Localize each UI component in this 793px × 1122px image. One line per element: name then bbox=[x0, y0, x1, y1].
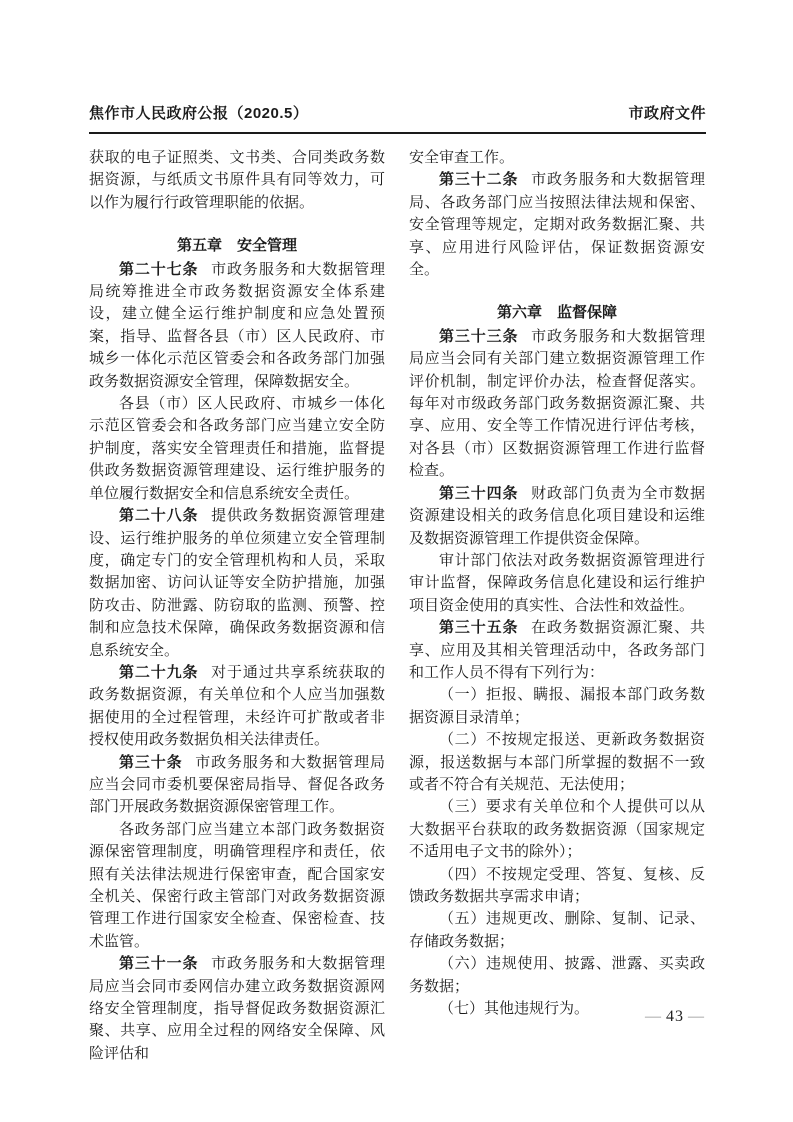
article-number: 第三十二条 bbox=[439, 171, 518, 188]
article-number: 第三十四条 bbox=[439, 485, 518, 502]
paragraph: 各县（市）区人民政府、市城乡一体化示范区管委会和各政务部门应当建立安全防护制度，… bbox=[89, 393, 385, 505]
article-number: 第三十五条 bbox=[439, 619, 518, 636]
paragraph-text: 市政务服务和大数据管理局应当会同市委网信办建立政务数据资源网络安全管理制度，指导… bbox=[89, 956, 385, 1062]
page-number-dash-left: — bbox=[645, 1008, 662, 1025]
paragraph: 第三十一条市政务服务和大数据管理局应当会同市委网信办建立政务数据资源网络安全管理… bbox=[89, 953, 385, 1065]
paragraph: 第三十三条市政务服务和大数据管理局应当会同有关部门建立数据资源管理工作评价机制，… bbox=[409, 326, 705, 483]
article-number: 第三十条 bbox=[119, 754, 183, 771]
page-footer: —43— bbox=[645, 1008, 705, 1026]
article-number: 第二十九条 bbox=[119, 664, 198, 681]
paragraph-text: 市政务服务和大数据管理局应当会同有关部门建立数据资源管理工作评价机制，制定评价办… bbox=[409, 329, 705, 479]
left-column: 获取的电子证照类、文书类、合同类政务数据资源，与纸质文书原件具有同等效力，可以作… bbox=[89, 147, 385, 1065]
paragraph-text: （七）其他违规行为。 bbox=[439, 1001, 589, 1017]
paragraph: 第二十九条对于通过共享系统获取的政务数据资源，有关单位和个人应当加强数据使用的全… bbox=[89, 662, 385, 752]
chapter-heading: 第五章 安全管理 bbox=[89, 235, 385, 257]
paragraph-text: 安全审查工作。 bbox=[409, 150, 514, 166]
paragraph-text: （一）拒报、瞒报、漏报本部门政务数据资源目录清单； bbox=[409, 687, 705, 725]
document-page: 焦作市人民政府公报（2020.5） 市政府文件 获取的电子证照类、文书类、合同类… bbox=[0, 0, 793, 1122]
paragraph: 第三十五条在政务数据资源汇聚、共享、应用及其相关管理活动中，各政务部门和工作人员… bbox=[409, 617, 705, 684]
paragraph: （一）拒报、瞒报、漏报本部门政务数据资源目录清单； bbox=[409, 684, 705, 729]
paragraph-text: 各政务部门应当建立本部门政务数据资源保密管理制度，明确管理程序和责任，依照有关法… bbox=[89, 822, 385, 950]
page-number: 43 bbox=[662, 1008, 688, 1025]
article-number: 第三十一条 bbox=[119, 955, 198, 972]
paragraph: （三）要求有关单位和个人提供可以从大数据平台获取的政务数据资源（国家规定不适用电… bbox=[409, 796, 705, 863]
paragraph-text: 获取的电子证照类、文书类、合同类政务数据资源，与纸质文书原件具有同等效力，可以作… bbox=[89, 150, 385, 211]
header-right-title: 市政府文件 bbox=[628, 102, 706, 123]
paragraph-text: 审计部门依法对政务数据资源管理进行审计监督，保障政务信息化建设和运行维护项目资金… bbox=[409, 553, 705, 614]
page-number-dash-right: — bbox=[688, 1008, 705, 1025]
paragraph-text: （二）不按规定报送、更新政务数据资源，报送数据与本部门所掌握的数据不一致或者不符… bbox=[409, 732, 705, 793]
paragraph: （四）不按规定受理、答复、复核、反馈政务数据共享需求申请； bbox=[409, 864, 705, 909]
paragraph-text: （六）违规使用、披露、泄露、买卖政务数据； bbox=[409, 956, 705, 994]
paragraph: 安全审查工作。 bbox=[409, 147, 705, 169]
paragraph-text: 提供政务数据资源管理建设、运行维护服务的单位须建立安全管理制度，确定专门的安全管… bbox=[89, 508, 385, 658]
paragraph: 第二十七条市政务服务和大数据管理局统筹推进全市政务数据资源安全体系建设，建立健全… bbox=[89, 259, 385, 393]
paragraph-text: 市政务服务和大数据管理局、各政务部门应当按照法律法规和保密、安全管理等规定，定期… bbox=[409, 172, 705, 278]
right-column: 安全审查工作。第三十二条市政务服务和大数据管理局、各政务部门应当按照法律法规和保… bbox=[409, 147, 705, 1065]
paragraph-text: 市政务服务和大数据管理局统筹推进全市政务数据资源安全体系建设，建立健全运行维护制… bbox=[89, 262, 385, 390]
paragraph: 第三十四条财政部门负责为全市数据资源建设相关的政务信息化项目建设和运维及数据资源… bbox=[409, 483, 705, 550]
header-left-title: 焦作市人民政府公报（2020.5） bbox=[89, 102, 308, 123]
paragraph: （六）违规使用、披露、泄露、买卖政务数据； bbox=[409, 953, 705, 998]
paragraph: 审计部门依法对政务数据资源管理进行审计监督，保障政务信息化建设和运行维护项目资金… bbox=[409, 550, 705, 617]
document-body: 获取的电子证照类、文书类、合同类政务数据资源，与纸质文书原件具有同等效力，可以作… bbox=[89, 147, 706, 1065]
article-number: 第二十八条 bbox=[119, 507, 198, 524]
article-number: 第三十三条 bbox=[439, 328, 518, 345]
paragraph: 第二十八条提供政务数据资源管理建设、运行维护服务的单位须建立安全管理制度，确定专… bbox=[89, 505, 385, 662]
paragraph-text: 各县（市）区人民政府、市城乡一体化示范区管委会和各政务部门应当建立安全防护制度，… bbox=[89, 396, 385, 502]
paragraph: 第三十二条市政务服务和大数据管理局、各政务部门应当按照法律法规和保密、安全管理等… bbox=[409, 169, 705, 281]
chapter-heading: 第六章 监督保障 bbox=[409, 302, 705, 324]
paragraph: 各政务部门应当建立本部门政务数据资源保密管理制度，明确管理程序和责任，依照有关法… bbox=[89, 819, 385, 953]
article-number: 第二十七条 bbox=[119, 261, 198, 278]
page-header: 焦作市人民政府公报（2020.5） 市政府文件 bbox=[89, 102, 706, 134]
paragraph-text: （三）要求有关单位和个人提供可以从大数据平台获取的政务数据资源（国家规定不适用电… bbox=[409, 799, 705, 860]
paragraph: （五）违规更改、删除、复制、记录、存储政务数据； bbox=[409, 908, 705, 953]
paragraph-text: （五）违规更改、删除、复制、记录、存储政务数据； bbox=[409, 911, 705, 949]
paragraph-text: （四）不按规定受理、答复、复核、反馈政务数据共享需求申请； bbox=[409, 867, 705, 905]
paragraph: （二）不按规定报送、更新政务数据资源，报送数据与本部门所掌握的数据不一致或者不符… bbox=[409, 729, 705, 796]
paragraph: 第三十条市政务服务和大数据管理局应当会同市委机要保密局指导、督促各政务部门开展政… bbox=[89, 752, 385, 819]
paragraph: 获取的电子证照类、文书类、合同类政务数据资源，与纸质文书原件具有同等效力，可以作… bbox=[89, 147, 385, 214]
